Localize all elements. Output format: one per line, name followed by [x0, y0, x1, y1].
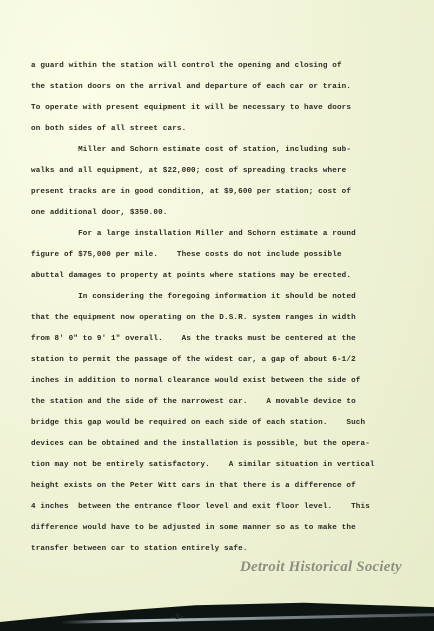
text-line: on both sides of all street cars.	[31, 124, 186, 134]
text-line: Miller and Schorn estimate cost of stati…	[31, 145, 351, 155]
text-line: one additional door, $350.00.	[31, 208, 168, 218]
watermark: Detroit Historical Society	[240, 559, 402, 576]
text-line: that the equipment now operating on the …	[31, 313, 356, 323]
page-number: -3-	[170, 613, 185, 623]
text-line: the station and the side of the narrowes…	[31, 397, 356, 407]
text-line: tion may not be entirely satisfactory. A…	[31, 460, 375, 470]
text-line: abuttal damages to property at points wh…	[31, 271, 351, 281]
text-line: difference would have to be adjusted in …	[31, 523, 356, 533]
text-line: height exists on the Peter Witt cars in …	[31, 481, 356, 491]
text-line: In considering the foregoing information…	[31, 292, 356, 302]
text-line: transfer between car to station entirely…	[31, 544, 248, 554]
text-line: inches in addition to normal clearance w…	[31, 376, 361, 386]
page-edge	[60, 613, 434, 624]
text-line: devices can be obtained and the installa…	[31, 439, 370, 449]
text-line: 4 inches between the entrance floor leve…	[31, 502, 370, 512]
text-line: station to permit the passage of the wid…	[31, 355, 356, 365]
text-line: a guard within the station will control …	[31, 61, 342, 71]
text-line: bridge this gap would be required on eac…	[31, 418, 365, 428]
text-line: the station doors on the arrival and dep…	[31, 82, 351, 92]
text-line: To operate with present equipment it wil…	[31, 103, 351, 113]
text-line: from 8' 0" to 9' 1" overall. As the trac…	[31, 334, 356, 344]
text-line: figure of $75,000 per mile. These costs …	[31, 250, 342, 260]
text-line: present tracks are in good condition, at…	[31, 187, 351, 197]
text-line: For a large installation Miller and Scho…	[31, 229, 356, 239]
text-line: walks and all equipment, at $22,000; cos…	[31, 166, 346, 176]
